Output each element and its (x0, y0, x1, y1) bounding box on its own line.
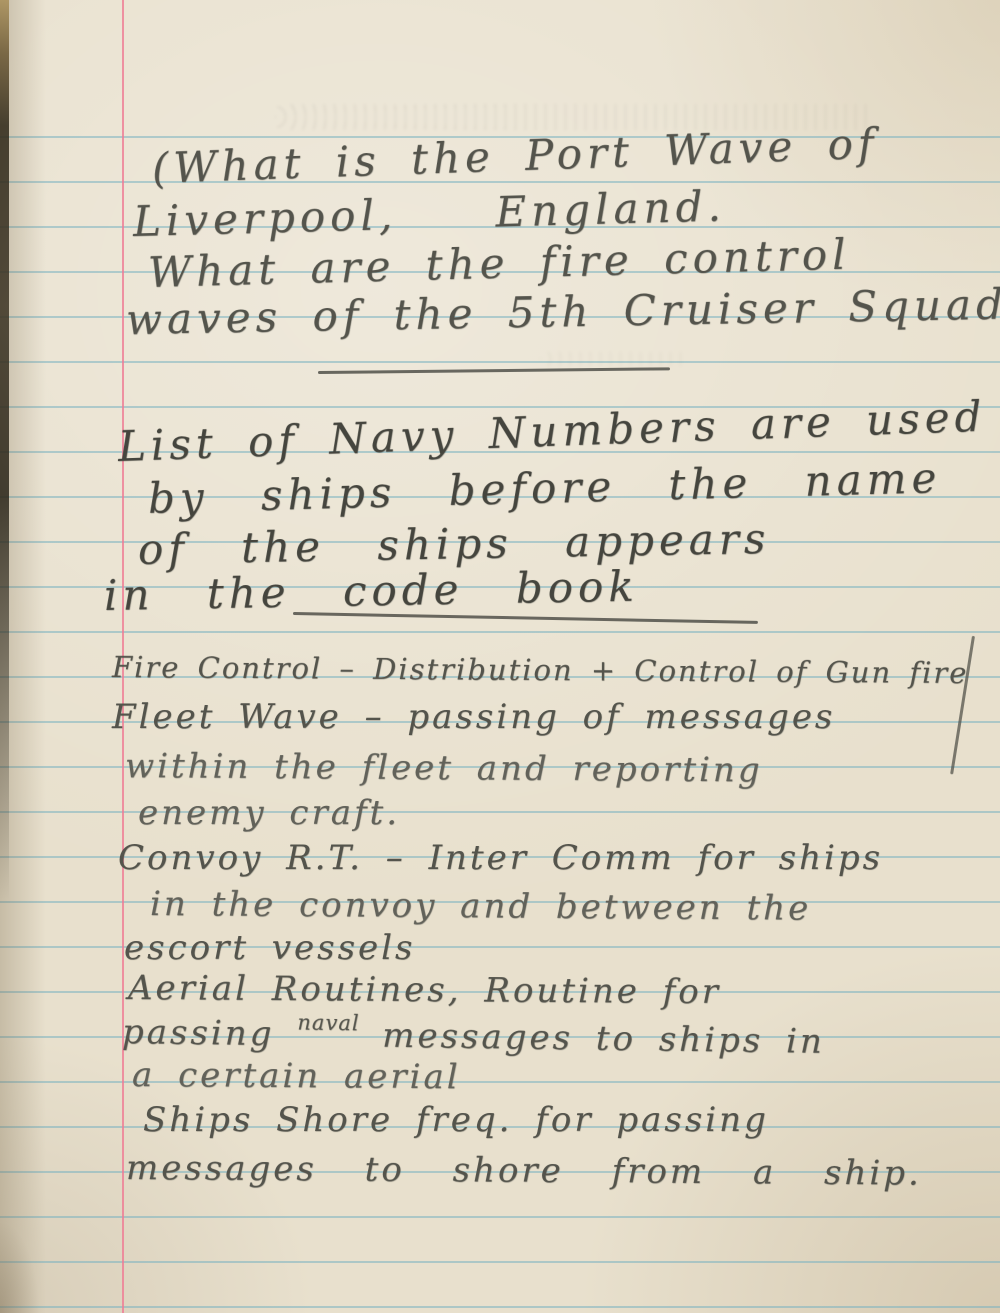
handwritten-line: a certain aerial (132, 1057, 461, 1097)
page-edge (0, 0, 9, 900)
handwritten-line: enemy craft. (138, 795, 400, 832)
insert-before-text: passing (122, 1012, 275, 1054)
bottom-left-crease (0, 1150, 70, 1313)
handwritten-line: escort vessels (124, 930, 415, 967)
inserted-word: naval (297, 1010, 359, 1035)
handwritten-line: Convoy R.T. – Inter Comm for ships (118, 840, 883, 877)
handwritten-line: Aerial Routines, Routine for (128, 970, 721, 1012)
handwritten-line: Fire Control – Distribution + Control of… (112, 652, 969, 690)
notebook-page: (What is the Port Wave of Liverpool, Eng… (0, 0, 1000, 1313)
handwritten-line: in the convoy and between the (150, 886, 811, 928)
bleed-through-smudge (540, 352, 690, 366)
handwritten-line: Fleet Wave – passing of messages (112, 699, 835, 736)
insert-after-text: messages to ships in (382, 1016, 825, 1062)
handwritten-line: messages to shore from a ship. (126, 1150, 922, 1193)
handwritten-line: Ships Shore freq. for passing (143, 1102, 769, 1139)
handwritten-line: in the code book (104, 564, 640, 620)
handwritten-line: within the fleet and reporting (125, 748, 763, 790)
